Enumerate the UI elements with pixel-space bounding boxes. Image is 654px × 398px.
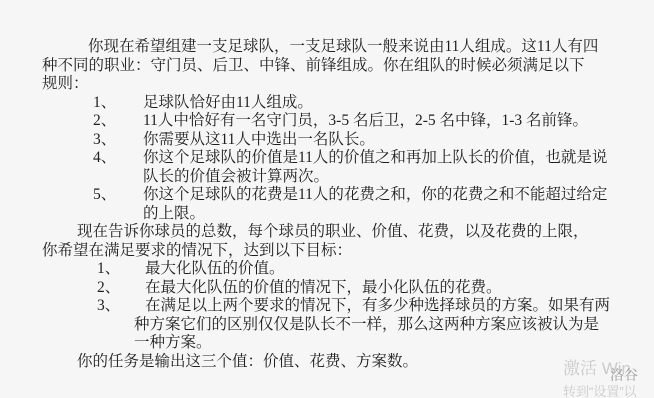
rules-item-3-number: 3、 xyxy=(93,131,143,150)
goals-item-3-text-line-2: 种方案它们的区别仅仅是队长不一样，那么这两种方案应该被认为是 xyxy=(134,316,610,335)
rules-item-5-text-line-2: 的上限。 xyxy=(143,205,607,224)
luogu-site-watermark: 洛谷 xyxy=(610,367,638,383)
goals-item-3-text-line-1: 在满足以上两个要求的情况下，有多少种选择球员的方案。如果有两 xyxy=(145,297,610,316)
goals-item-2: 2、 在最大化队伍的价值的情况下，最小化队伍的花费。 xyxy=(42,279,620,298)
slide-page: 你现在希望组建一支足球队，一支足球队一般来说由11人组成。这11人有四 种不同的… xyxy=(0,0,654,398)
intro-line-1: 你现在希望组建一支足球队，一支足球队一般来说由11人组成。这11人有四 xyxy=(42,38,620,57)
rules-item-4-text-line-1: 你这个足球队的价值是11人的价值之和再加上队长的价值，也就是说 xyxy=(143,149,607,168)
goals-list: 1、 最大化队伍的价值。 2、 在最大化队伍的价值的情况下，最小化队伍的花费。 … xyxy=(42,260,620,353)
rules-item-2-text: 11人中恰好有一名守门员，3-5 名后卫，2-5 名中锋，1-3 名前锋。 xyxy=(143,112,588,131)
activation-watermark-line-2: 转到“设置”以 xyxy=(563,383,637,398)
rules-item-2-number: 2、 xyxy=(93,112,143,131)
rules-item-3-text: 你需要从这11人中选出一名队长。 xyxy=(143,131,375,150)
goals-item-1: 1、 最大化队伍的价值。 xyxy=(42,260,620,279)
rules-item-4-number: 4、 xyxy=(93,149,143,168)
middle-paragraph: 现在告诉你球员的总数，每个球员的职业、价值、花费，以及花费的上限， 你希望在满足… xyxy=(42,223,620,260)
middle-line-1: 现在告诉你球员的总数，每个球员的职业、价值、花费，以及花费的上限， xyxy=(42,223,620,242)
goals-item-1-text: 最大化队伍的价值。 xyxy=(145,260,285,279)
task-line: 你的任务是输出这三个值：价值、花费、方案数。 xyxy=(42,353,620,372)
rules-item-1: 1、 足球队恰好由11人组成。 xyxy=(42,94,620,113)
goals-item-3-text-line-3: 一种方案。 xyxy=(134,334,610,353)
goals-item-2-text: 在最大化队伍的价值的情况下，最小化队伍的花费。 xyxy=(145,279,502,298)
rules-item-5-number: 5、 xyxy=(93,186,143,205)
rules-item-5: 5、 你这个足球队的花费是11人的花费之和，你的花费之和不能超过给定 的上限。 xyxy=(42,186,620,223)
problem-statement: 你现在希望组建一支足球队，一支足球队一般来说由11人组成。这11人有四 种不同的… xyxy=(42,38,620,371)
goals-item-3: 3、 在满足以上两个要求的情况下，有多少种选择球员的方案。如果有两 种方案它们的… xyxy=(42,297,620,353)
rules-item-5-text-line-1: 你这个足球队的花费是11人的花费之和，你的花费之和不能超过给定 xyxy=(143,186,607,205)
intro-paragraph: 你现在希望组建一支足球队，一支足球队一般来说由11人组成。这11人有四 种不同的… xyxy=(42,38,620,94)
middle-line-2: 你希望在满足要求的情况下，达到以下目标： xyxy=(42,242,620,261)
rules-item-3: 3、 你需要从这11人中选出一名队长。 xyxy=(42,131,620,150)
rules-item-4: 4、 你这个足球队的价值是11人的价值之和再加上队长的价值，也就是说 队长的价值… xyxy=(42,149,620,186)
task-paragraph: 你的任务是输出这三个值：价值、花费、方案数。 xyxy=(42,353,620,372)
goals-item-3-number: 3、 xyxy=(97,297,145,316)
rules-item-2: 2、 11人中恰好有一名守门员，3-5 名后卫，2-5 名中锋，1-3 名前锋。 xyxy=(42,112,620,131)
intro-line-2: 种不同的职业：守门员、后卫、中锋、前锋组成。你在组队的时候必须满足以下 xyxy=(42,57,620,76)
rules-item-1-text: 足球队恰好由11人组成。 xyxy=(143,94,313,113)
rules-item-1-number: 1、 xyxy=(93,94,143,113)
rules-list: 1、 足球队恰好由11人组成。 2、 11人中恰好有一名守门员，3-5 名后卫，… xyxy=(42,94,620,224)
goals-item-2-number: 2、 xyxy=(97,279,145,298)
goals-item-1-number: 1、 xyxy=(97,260,145,279)
intro-line-3: 规则： xyxy=(42,75,620,94)
rules-item-4-text-line-2: 队长的价值会被计算两次。 xyxy=(143,168,607,187)
